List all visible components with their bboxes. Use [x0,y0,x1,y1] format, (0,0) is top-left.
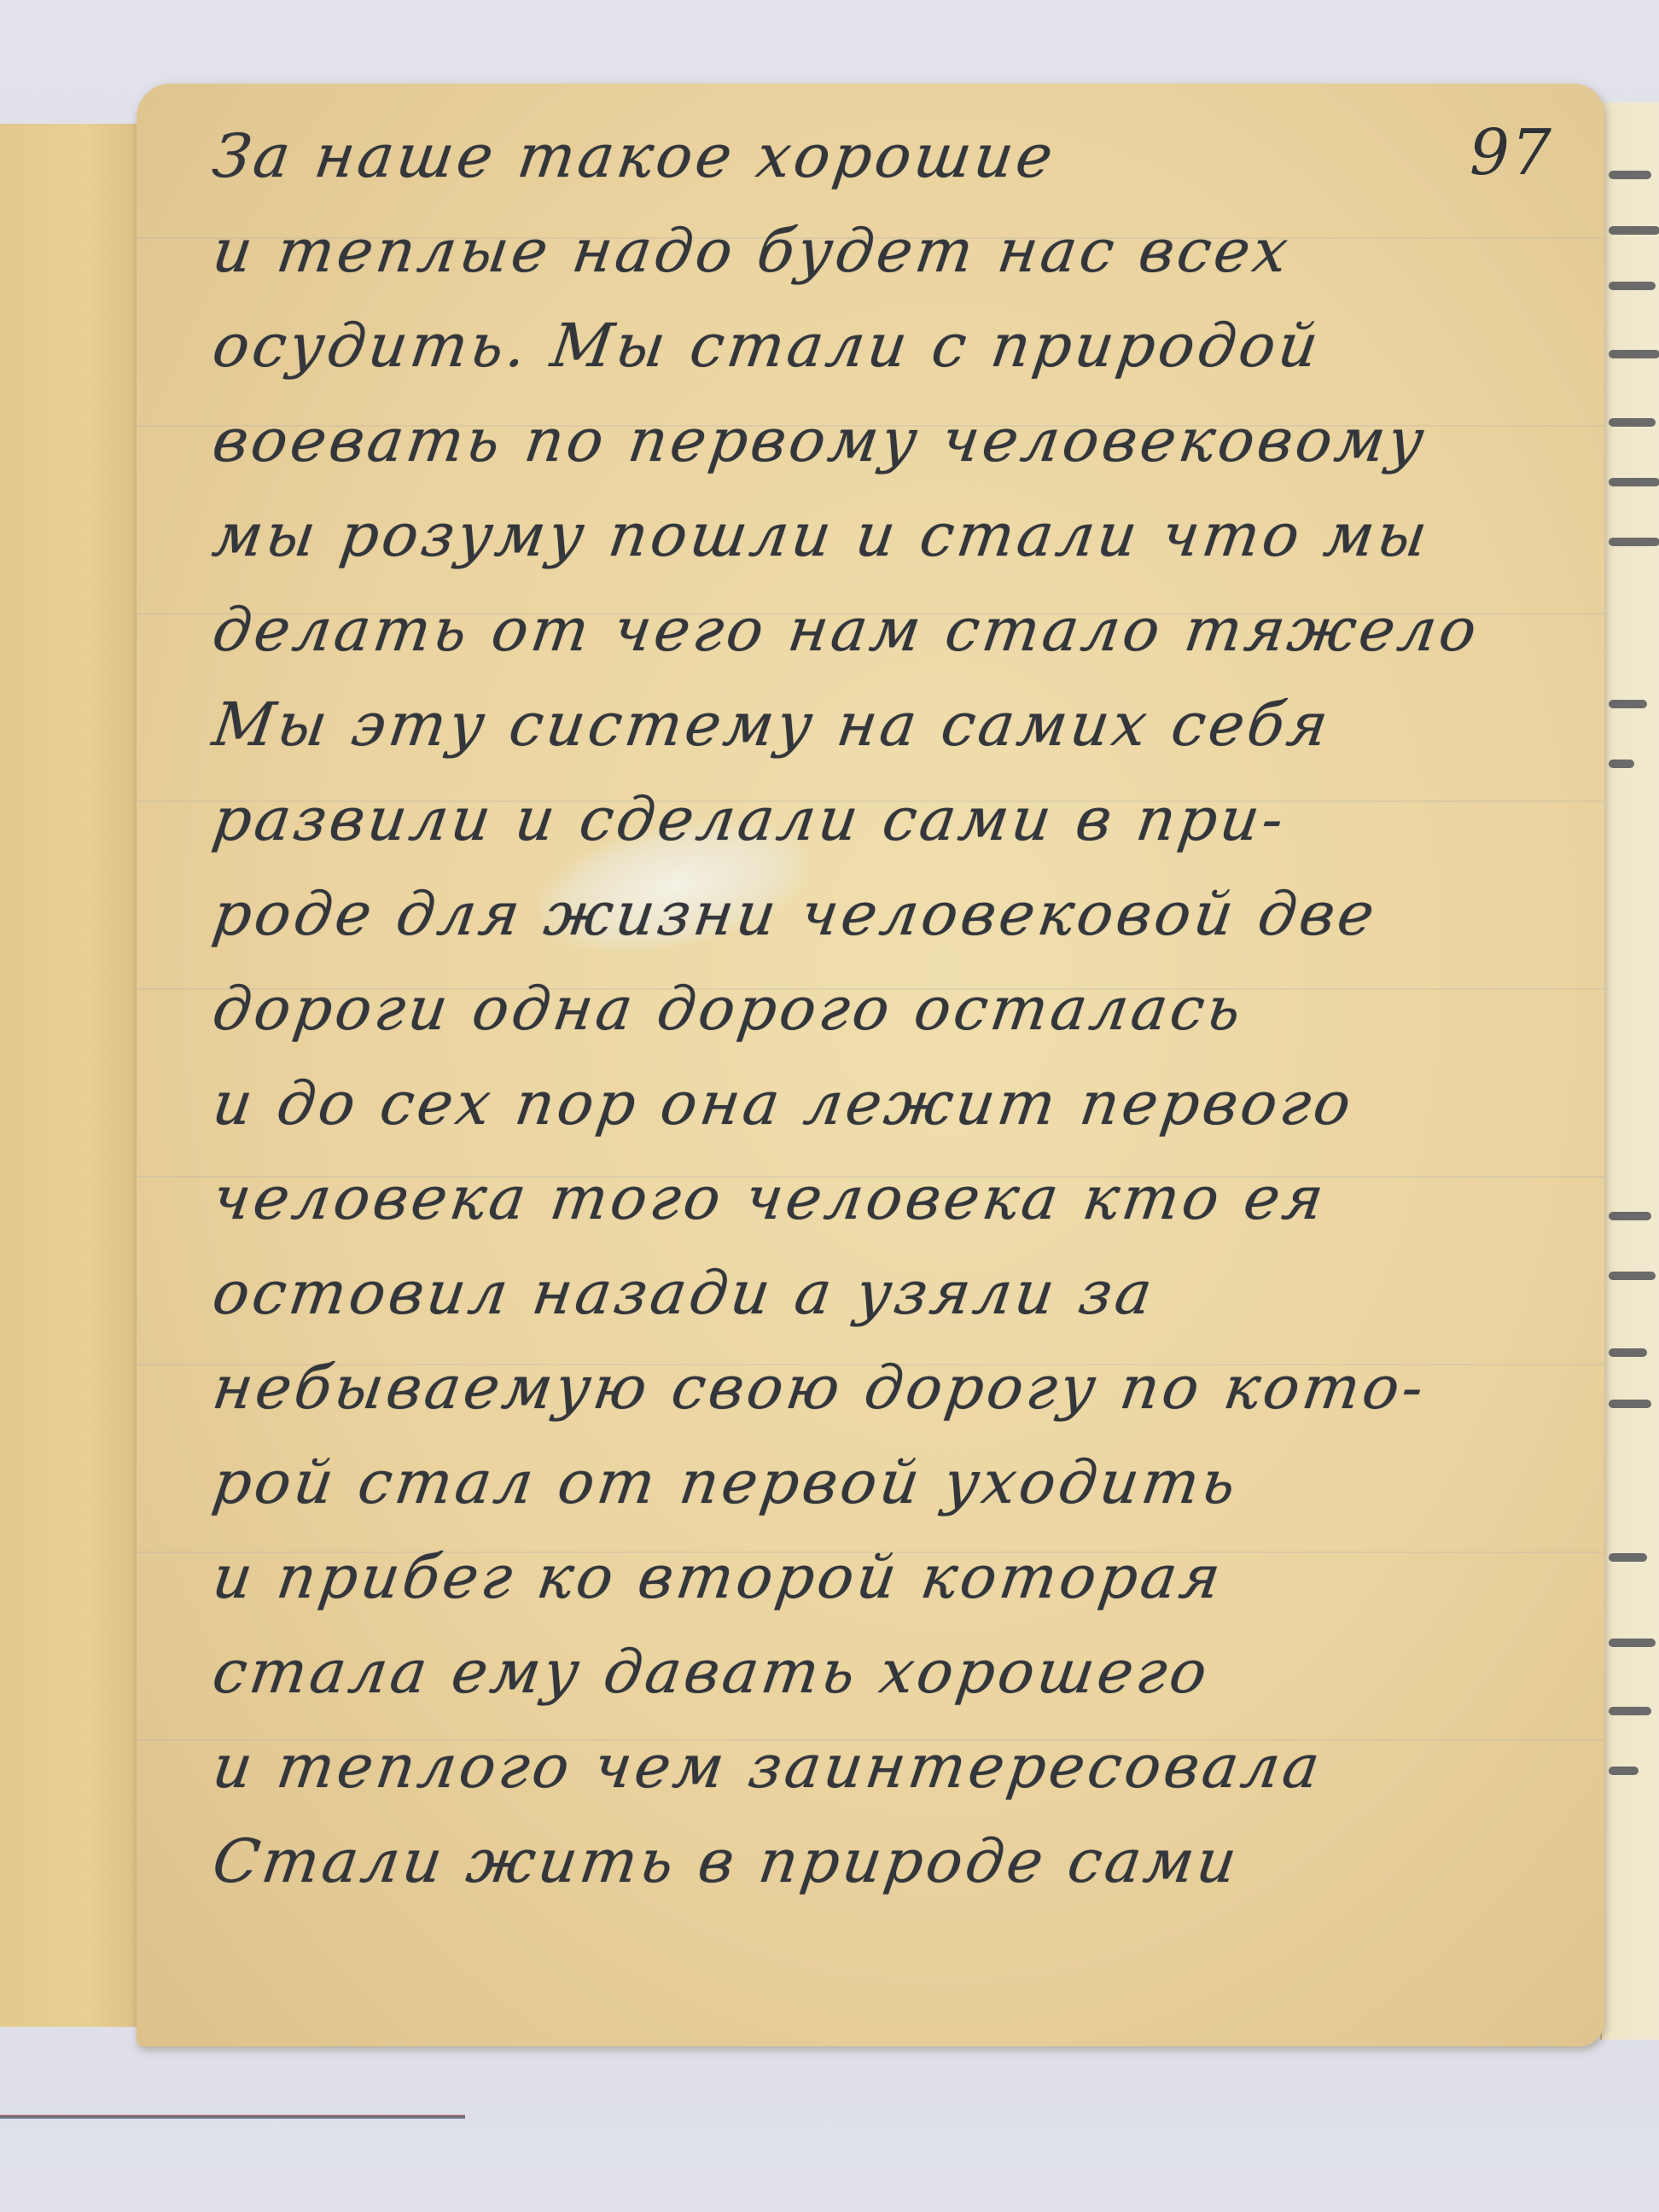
text-line: человека того человека кто ея [207,1151,1586,1246]
adjacent-page-handwriting [1609,760,1634,768]
left-notebook-page [0,124,143,2027]
adjacent-page-handwriting [1609,1707,1651,1715]
text-line: За наше такое хорошие [207,109,1586,204]
adjacent-page-handwriting [1609,350,1659,358]
text-line: воевать по первому человековому [207,393,1586,488]
text-line: делать от чего нам стало тяжело [207,583,1586,678]
adjacent-page-handwriting [1609,1639,1656,1647]
text-line: остовил назади а узяли за [207,1246,1586,1341]
text-line: небываемую свою дорогу по кото- [207,1341,1586,1435]
adjacent-page-handwriting [1609,700,1647,708]
text-line: и прибег ко второй которая [207,1530,1586,1625]
text-line: осудить. Мы стали с природой [207,299,1586,393]
text-line: и до сех пор она лежит первого [207,1057,1586,1151]
adjacent-page-handwriting [1609,538,1659,546]
text-line: рой стал от первой уходить [207,1435,1586,1530]
adjacent-page-handwriting [1609,478,1659,486]
text-line: стала ему давать хорошего [207,1625,1586,1720]
right-notebook-page-edge [1600,102,1659,2040]
adjacent-page-handwriting [1609,226,1659,235]
adjacent-page-handwriting [1609,1767,1639,1775]
text-line: и теплого чем заинтересовала [207,1720,1586,1814]
text-line: мы розуму пошли и стали что мы [207,488,1586,583]
notebook-page: 97 За наше такое хорошие и теплые надо б… [137,84,1604,2046]
adjacent-page-handwriting [1609,1348,1647,1357]
text-line: роде для жизни человековой две [207,867,1586,962]
adjacent-page-handwriting [1609,418,1656,427]
adjacent-page-handwriting [1609,1553,1647,1562]
text-line: развили и сделали сами в при- [207,772,1586,867]
adjacent-page-handwriting [1609,171,1651,179]
scanner-bed-edge [0,2115,465,2119]
adjacent-page-handwriting [1609,282,1656,290]
text-line: дороги одна дорого осталась [207,962,1586,1057]
text-line: Мы эту систему на самих себя [207,678,1586,772]
adjacent-page-handwriting [1609,1400,1651,1408]
text-line: и теплые надо будет нас всех [207,204,1586,299]
text-line: Стали жить в природе сами [207,1814,1586,1909]
adjacent-page-handwriting [1609,1212,1651,1220]
adjacent-page-handwriting [1609,1272,1656,1280]
handwritten-text: За наше такое хорошие и теплые надо буде… [213,109,1579,1909]
